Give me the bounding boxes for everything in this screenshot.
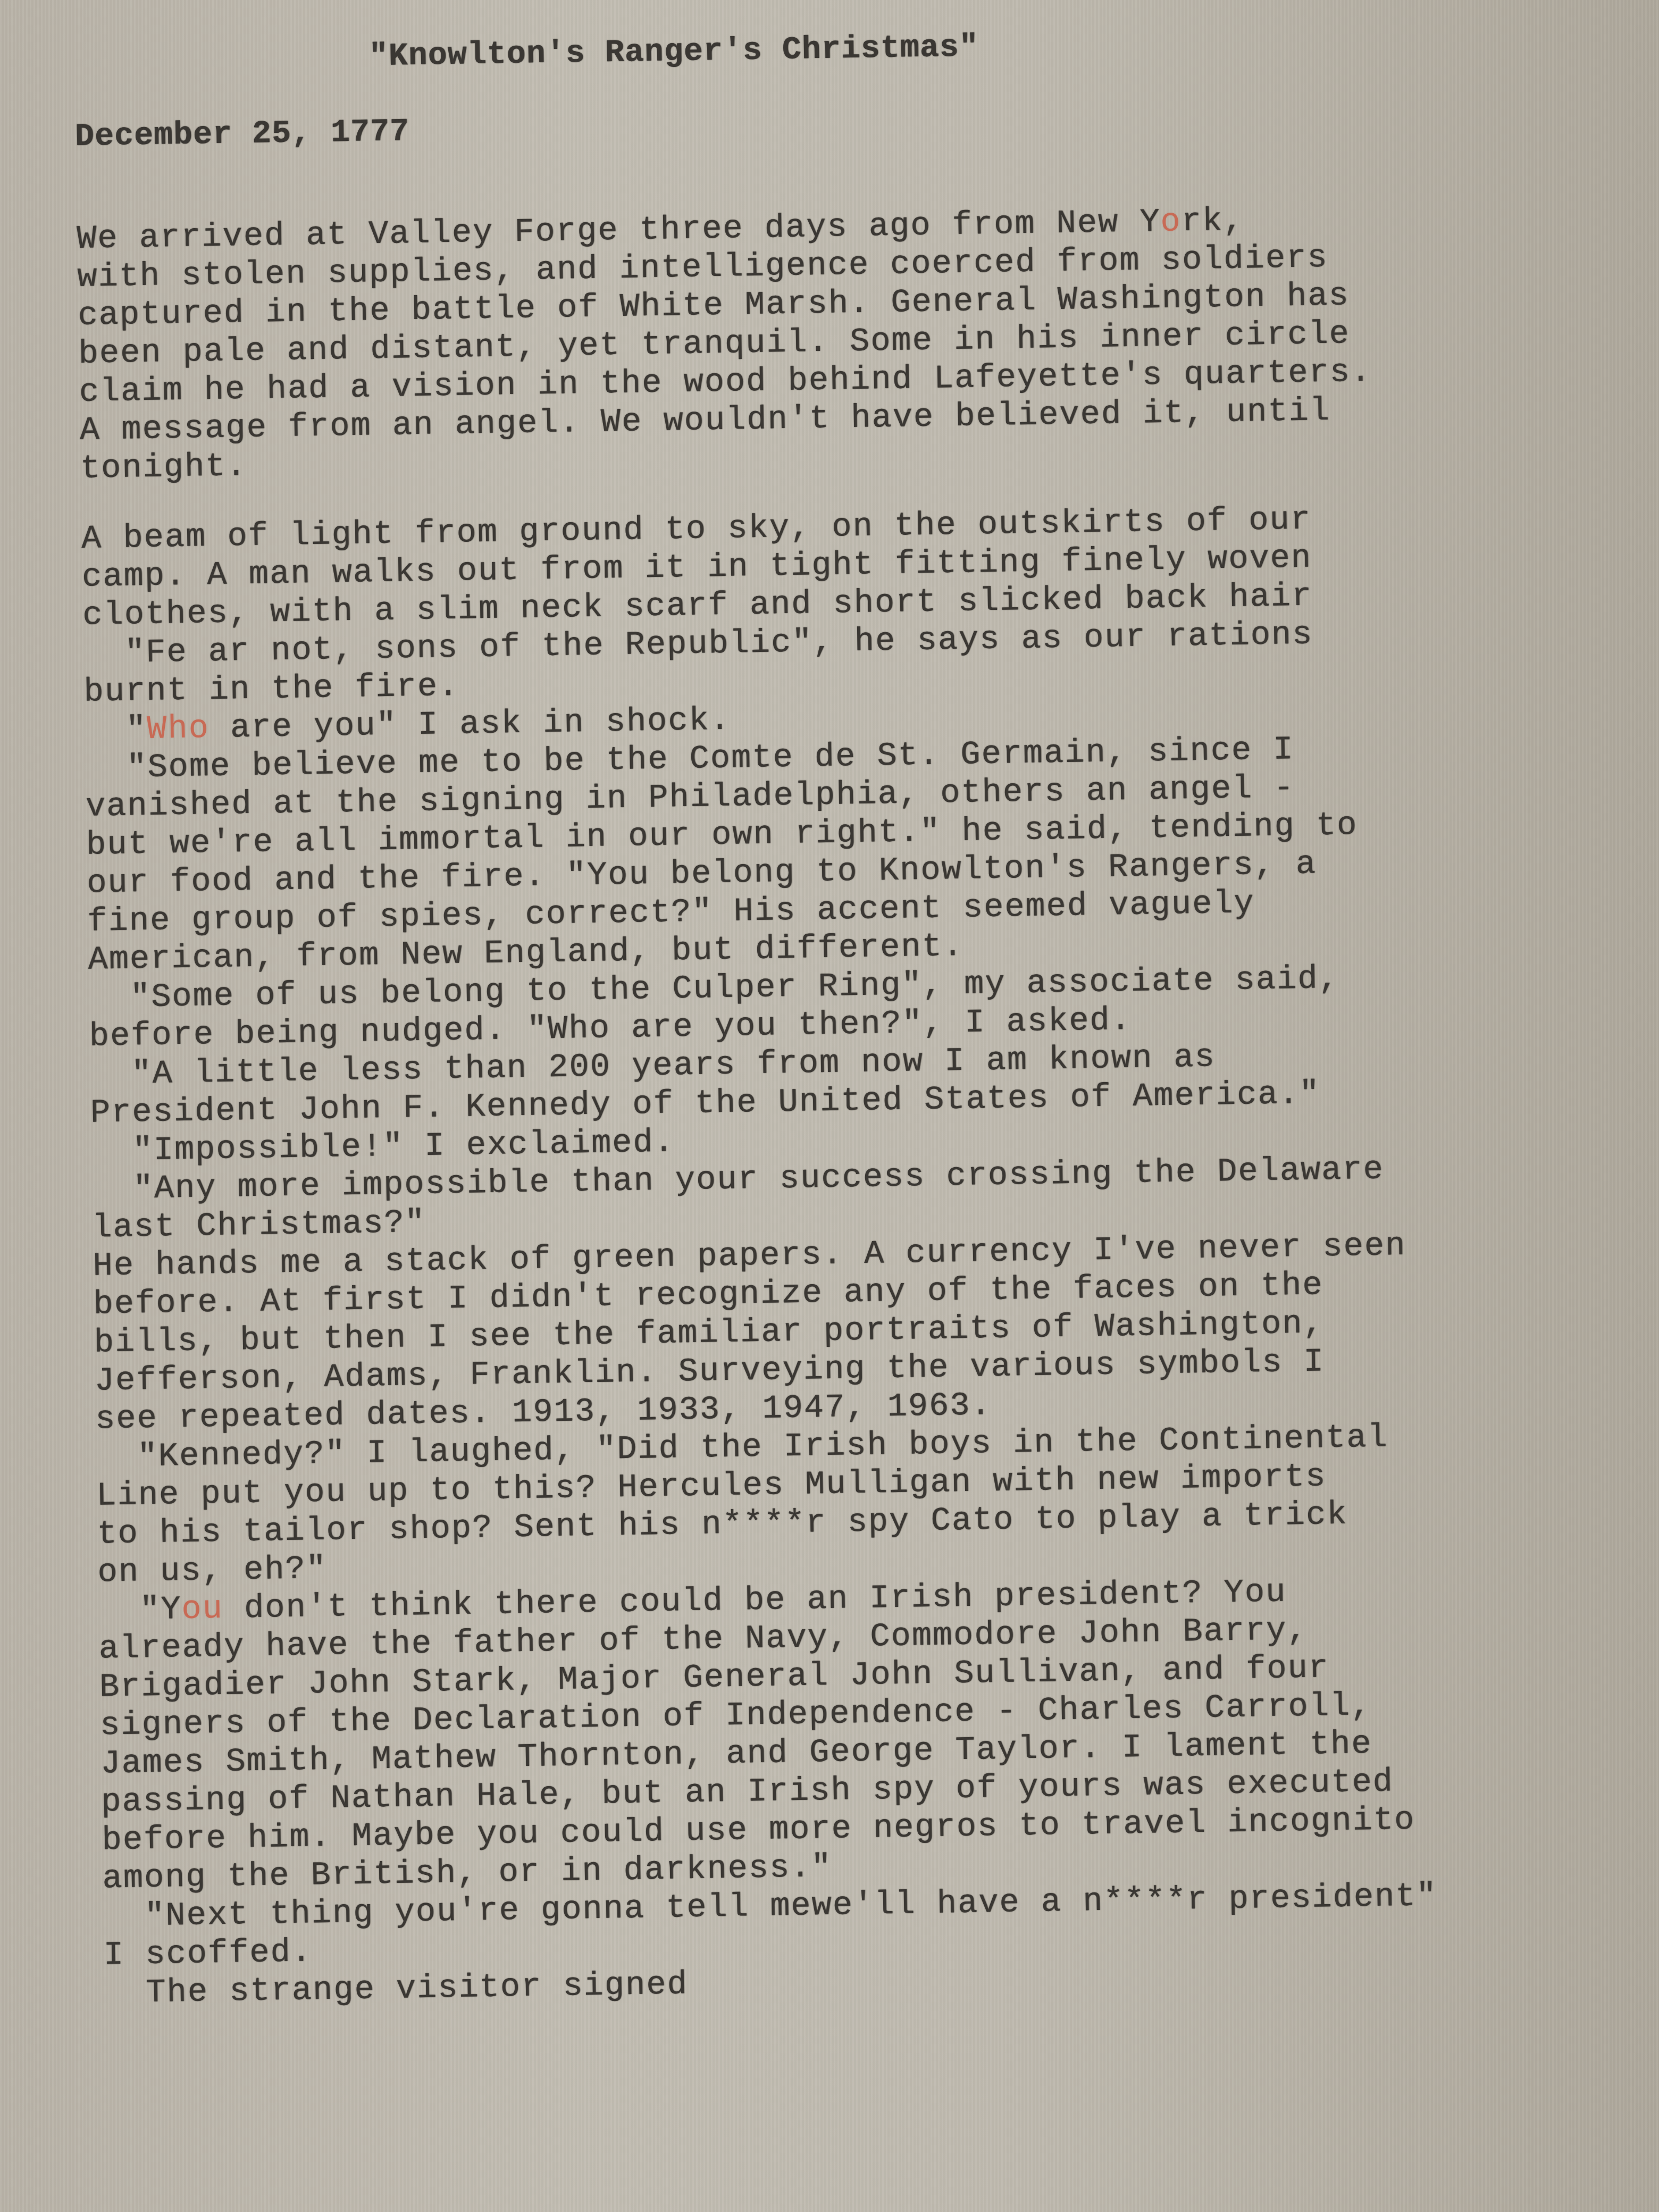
red-ribbon-text: ou [181, 1590, 224, 1628]
paragraph-arrival: We arrived at Valley Forge three days ag… [77, 196, 1623, 488]
paragraph-visitor: A beam of light from ground to sky, on t… [81, 496, 1646, 2013]
red-ribbon-text: o [1160, 203, 1182, 241]
page-content: "Knowlton's Ranger's Christmas" December… [73, 7, 1646, 2013]
typewritten-page: "Knowlton's Ranger's Christmas" December… [0, 0, 1659, 2212]
red-ribbon-text: Who [147, 709, 210, 748]
story-body: We arrived at Valley Forge three days ag… [77, 196, 1647, 2013]
dateline: December 25, 1777 [75, 94, 1618, 156]
document-title: "Knowlton's Ranger's Christmas" [368, 18, 1616, 76]
